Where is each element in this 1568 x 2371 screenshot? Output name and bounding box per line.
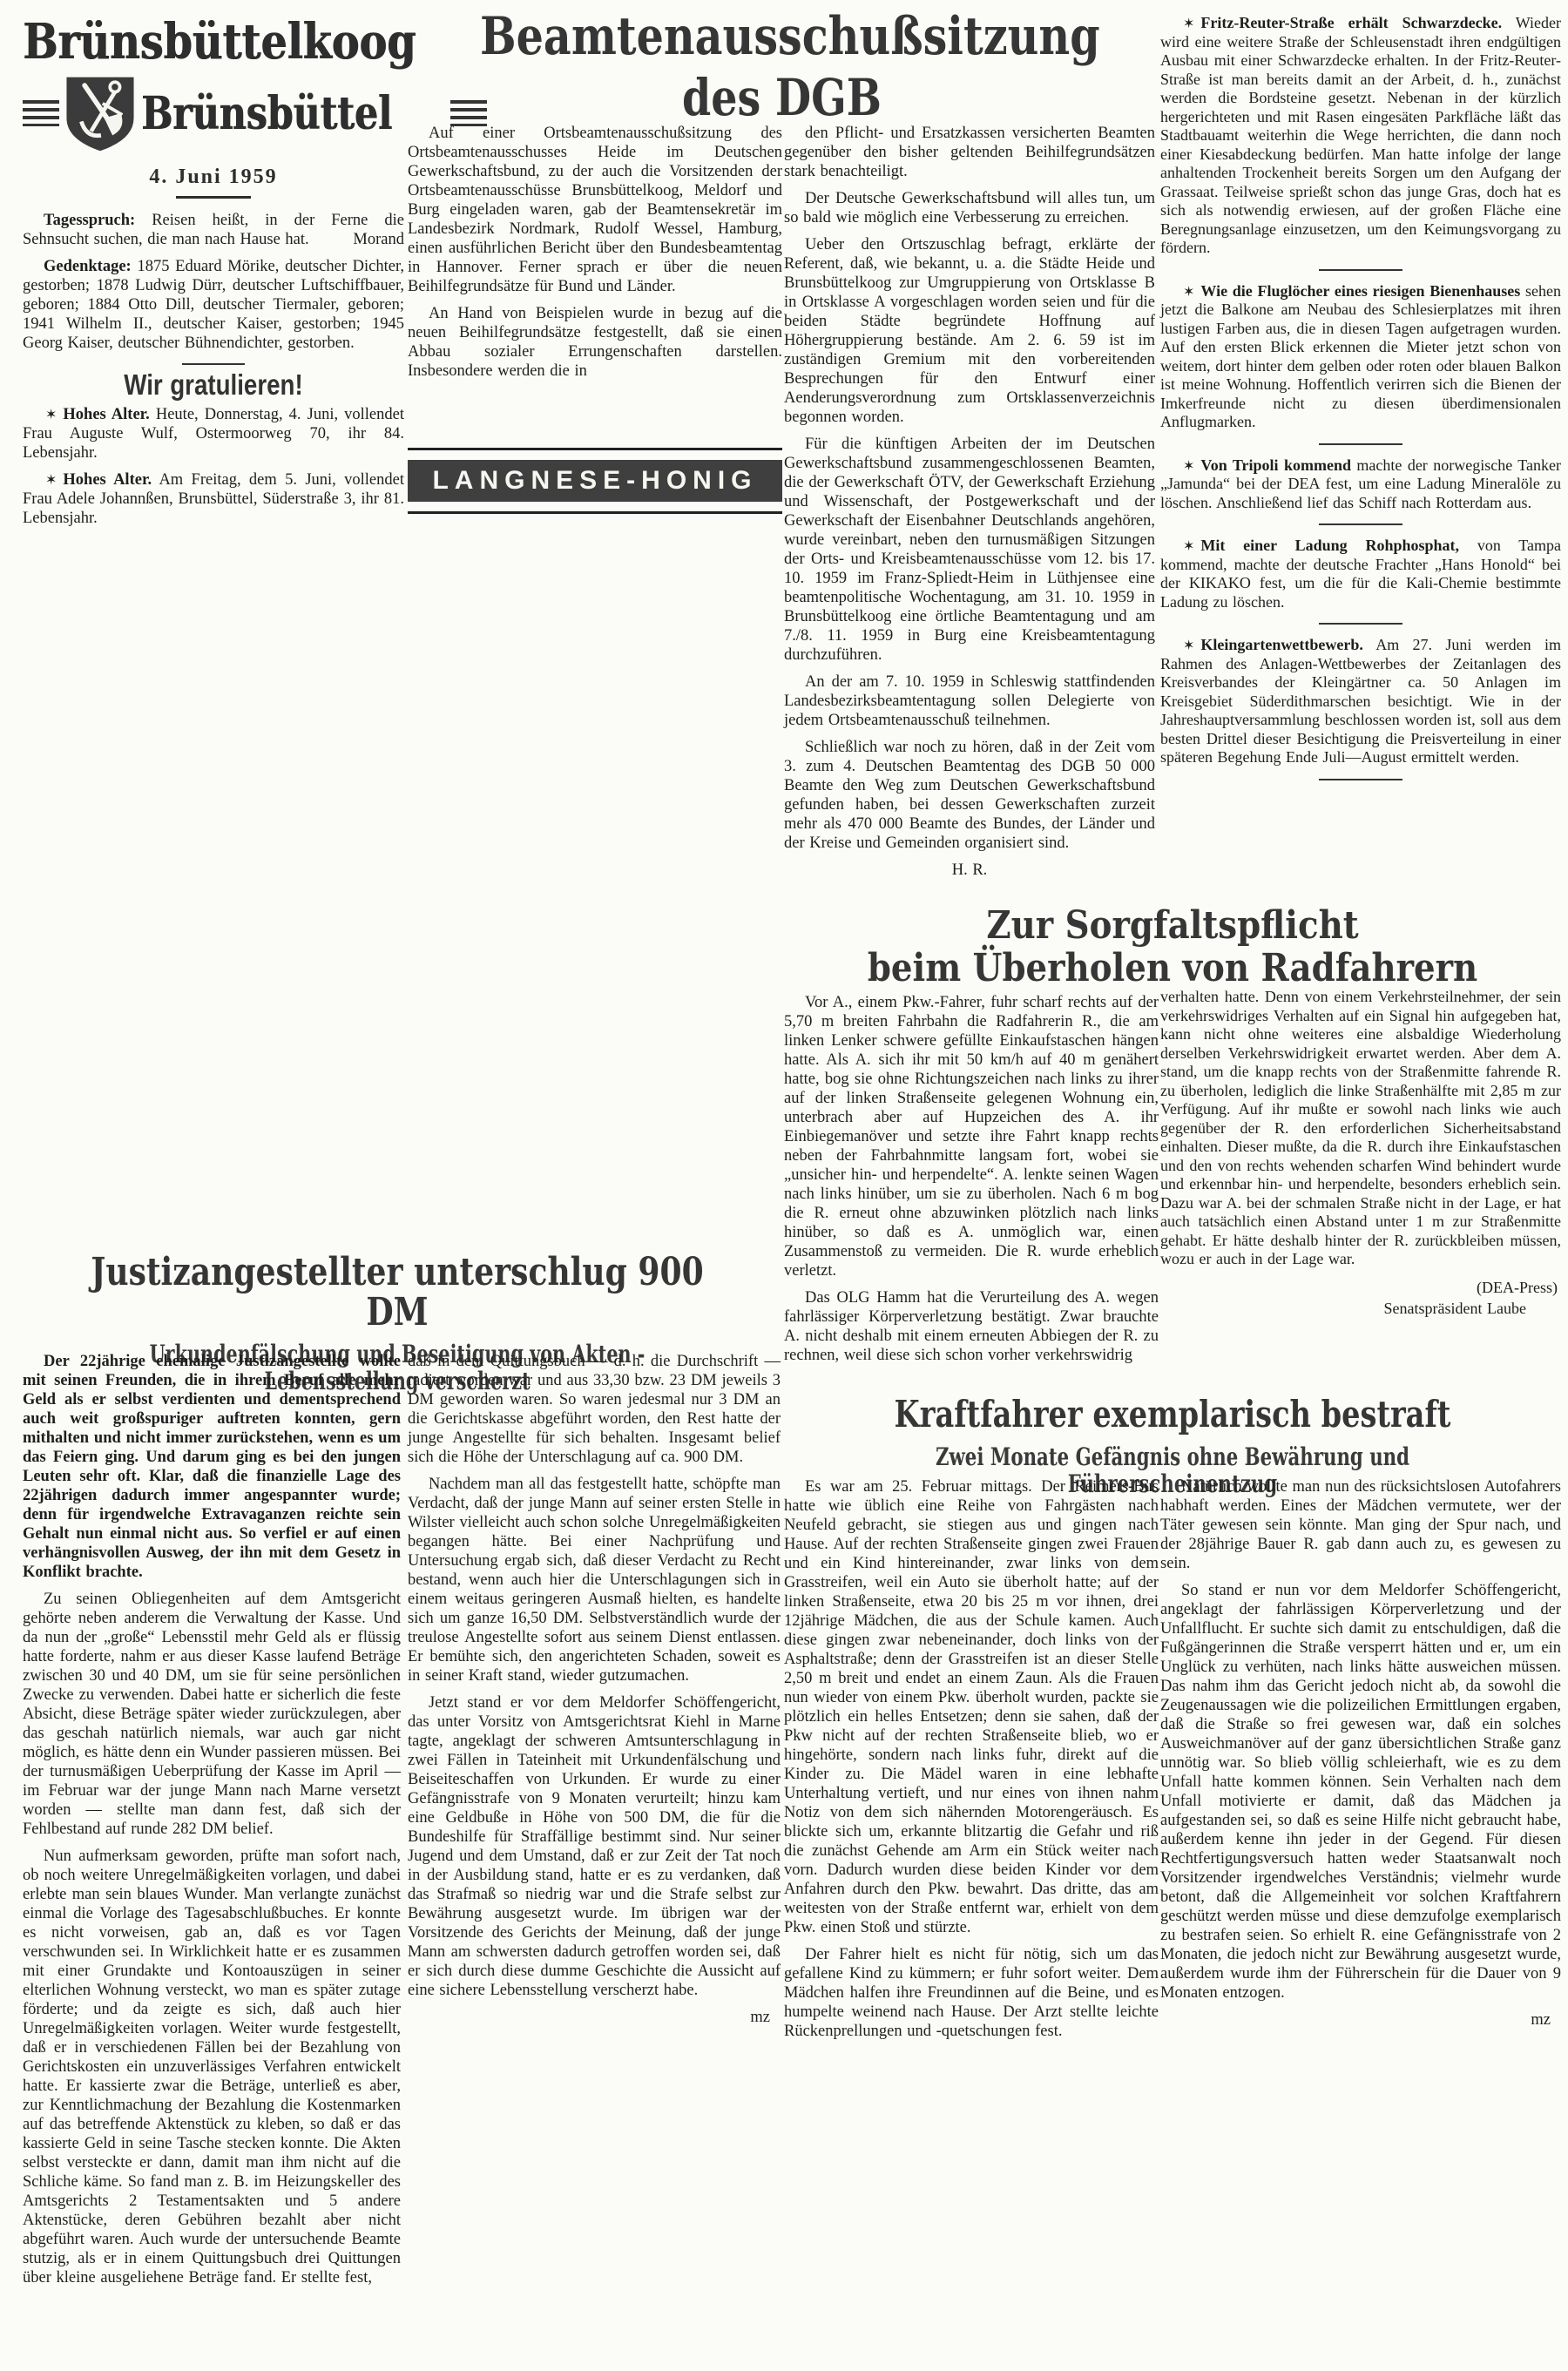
star-icon: ✶ <box>1181 637 1200 653</box>
article-paragraph: So stand er nun vor dem Meldorfer Schöff… <box>1160 1581 1561 2003</box>
article-lead-paragraph: Der 22jährige ehemalige Justizangestellt… <box>23 1352 401 1582</box>
local-column: Tagesspruch: Reisen heißt, in der Ferne … <box>23 211 404 536</box>
justiz-column-b: daß in dem Quittungsbuch — d. h. die Dur… <box>408 1352 781 2027</box>
dgb-column-a: Auf einer Ortsbeamtenausschußsitzung des… <box>408 124 782 388</box>
sorgfalt-headline-line2: beim Überholen von Radfahrern <box>831 947 1515 990</box>
item-divider <box>1319 269 1402 271</box>
article-paragraph: Auf einer Ortsbeamtenausschußsitzung des… <box>408 124 782 296</box>
news-item-text: Wieder wird eine weitere Straße der Schl… <box>1160 14 1561 256</box>
news-item-lead: Fritz-Reuter-Straße erhält Schwarzdecke. <box>1200 14 1502 31</box>
item-divider <box>1319 524 1402 525</box>
item-divider <box>1319 443 1402 445</box>
gedenktage-label: Gedenktage: <box>44 258 132 275</box>
byline: mz <box>1160 2010 1561 2030</box>
news-item: ✶Wie die Fluglöcher eines riesigen Biene… <box>1160 282 1561 432</box>
article-paragraph: Nachdem man all das festgestellt hatte, … <box>408 1475 781 1685</box>
crest-anchor-shovel-icon <box>63 72 138 154</box>
byline-agency: (DEA-Press) <box>1160 1277 1561 1298</box>
tagesspruch-label: Tagesspruch: <box>44 212 135 229</box>
ad-rule-top <box>408 448 782 450</box>
gratulieren-item: ✶Hohes Alter. Am Freitag, dem 5. Juni, v… <box>23 470 404 528</box>
byline: mz <box>408 2008 781 2027</box>
news-item: ✶Fritz-Reuter-Straße erhält Schwarzdecke… <box>1160 14 1561 258</box>
justiz-headline-line1: Justizangestellter unterschlug 900 DM <box>85 1253 708 1333</box>
dgb-headline-line2: des DGB <box>480 72 1084 123</box>
news-item-lead: Mit einer Ladung Rohphosphat, <box>1200 537 1459 554</box>
byline: H. R. <box>784 861 1155 880</box>
dgb-column-b: den Pflicht- und Ersatzkassen versichert… <box>784 124 1155 880</box>
news-item-lead: Wie die Fluglöcher eines riesigen Bienen… <box>1200 282 1520 300</box>
kraft-headline-line1: Kraftfahrer exemplarisch bestraft <box>862 1395 1484 1434</box>
star-icon: ✶ <box>1181 537 1200 554</box>
sorgfalt-headline-line1: Zur Sorgfaltspflicht <box>831 904 1515 947</box>
news-item: ✶Von Tripoli kommend machte der norwegis… <box>1160 456 1561 513</box>
kraft-column-a: Es war am 25. Februar mittags. Der Reime… <box>784 1477 1159 2049</box>
gedenktage: Gedenktage: 1875 Eduard Mörike, deutsche… <box>23 257 404 353</box>
gratulieren-item: ✶Hohes Alter. Heute, Donnerstag, 4. Juni… <box>23 405 404 463</box>
star-icon: ✶ <box>44 406 63 422</box>
masthead-title-line1: Brünsbüttelkoog <box>23 17 347 66</box>
news-item: ✶Mit einer Ladung Rohphosphat, von Tampa… <box>1160 537 1561 611</box>
item-divider <box>1319 779 1402 780</box>
item-divider <box>1319 623 1402 625</box>
sorgfalt-column-b: verhalten hatte. Denn von einem Verkehrs… <box>1160 988 1561 1319</box>
date-rule <box>176 196 251 199</box>
gratulieren-item-lead: Hohes Alter. <box>63 406 149 423</box>
dgb-headline-line1: Beamtenausschußsitzung <box>480 10 1084 64</box>
news-item-text: sehen jetzt die Balkone am Neubau des Sc… <box>1160 282 1561 431</box>
sorgfalt-column-a: Vor A., einem Pkw.-Fahrer, fuhr scharf r… <box>784 993 1159 1373</box>
article-paragraph: Nun aufmerksam geworden, prüfte man sofo… <box>23 1847 401 2287</box>
article-paragraph: daß in dem Quittungsbuch — d. h. die Dur… <box>408 1352 781 1467</box>
byline-author: Senatspräsident Laube <box>1160 1298 1561 1319</box>
newspaper-page: Brünsbüttelkoog Brünsbüttel 4. Juni 1959… <box>0 0 1568 2371</box>
article-paragraph: Jetzt stand er vor dem Meldorfer Schöffe… <box>408 1693 781 2000</box>
justiz-column-a: Der 22jährige ehemalige Justizangestellt… <box>23 1352 401 2295</box>
star-icon: ✶ <box>1181 15 1200 31</box>
masthead: Brünsbüttelkoog Brünsbüttel 4. Juni 1959 <box>23 17 404 199</box>
article-paragraph: Das OLG Hamm hat die Verurteilung des A.… <box>784 1288 1159 1365</box>
news-item-text: Am 27. Juni werden im Rahmen des Anlagen… <box>1160 636 1561 766</box>
sorgfalt-headline: Zur Sorgfaltspflicht beim Überholen von … <box>784 904 1561 990</box>
star-icon: ✶ <box>1181 283 1200 300</box>
news-item: ✶Kleingartenwettbewerb. Am 27. Juni werd… <box>1160 636 1561 767</box>
article-paragraph: Der Fahrer hielt es nicht für nötig, sic… <box>784 1945 1159 2041</box>
article-paragraph: Es war am 25. Februar mittags. Der Reime… <box>784 1477 1159 1937</box>
news-item-lead: Von Tripoli kommend <box>1200 456 1351 474</box>
article-paragraph: An der am 7. 10. 1959 in Schleswig statt… <box>784 672 1155 730</box>
dgb-headline: Beamtenausschußsitzung des DGB <box>414 10 1150 123</box>
masthead-row: Brünsbüttel <box>23 71 404 155</box>
ad-banner: LANGNESE-HONIG <box>408 460 782 502</box>
ad-text: LANGNESE-HONIG <box>432 466 757 496</box>
article-paragraph: Schließlich war noch zu hören, daß in de… <box>784 738 1155 853</box>
issue-date: 4. Juni 1959 <box>23 165 404 189</box>
star-icon: ✶ <box>44 471 63 488</box>
article-paragraph: An Hand von Beispielen wurde in bezug au… <box>408 304 782 381</box>
news-item-lead: Kleingartenwettbewerb. <box>1200 636 1362 653</box>
article-paragraph: Zu seinen Obliegenheiten auf dem Amtsger… <box>23 1590 401 1839</box>
star-icon: ✶ <box>1181 457 1200 474</box>
section-heading-gratulieren: Wir gratulieren! <box>53 375 374 395</box>
article-paragraph: Natürlich wollte man nun des rücksichtsl… <box>1160 1477 1561 1573</box>
advertisement: LANGNESE-HONIG <box>408 448 782 514</box>
article-paragraph: Ueber den Ortszuschlag befragt, erklärte… <box>784 235 1155 427</box>
article-paragraph: Der Deutsche Gewerkschaftsbund will alle… <box>784 189 1155 227</box>
section-rule <box>182 363 245 365</box>
ribbon-left-icon <box>23 100 59 126</box>
tagesspruch: Tagesspruch: Reisen heißt, in der Ferne … <box>23 211 404 249</box>
short-news-column: ✶Fritz-Reuter-Straße erhält Schwarzdecke… <box>1160 14 1561 792</box>
gratulieren-item-lead: Hohes Alter. <box>63 471 152 489</box>
ad-rule-bottom <box>408 511 782 514</box>
article-paragraph: verhalten hatte. Denn von einem Verkehrs… <box>1160 988 1561 1269</box>
article-paragraph: Vor A., einem Pkw.-Fahrer, fuhr scharf r… <box>784 993 1159 1280</box>
article-paragraph: den Pflicht- und Ersatzkassen versichert… <box>784 124 1155 181</box>
kraft-column-b: Natürlich wollte man nun des rücksichtsl… <box>1160 1477 1561 2030</box>
article-paragraph: Für die künftigen Arbeiten der im Deutsc… <box>784 435 1155 665</box>
tagesspruch-author: Morand <box>332 230 404 249</box>
masthead-title-line2: Brünsbüttel <box>141 87 392 140</box>
